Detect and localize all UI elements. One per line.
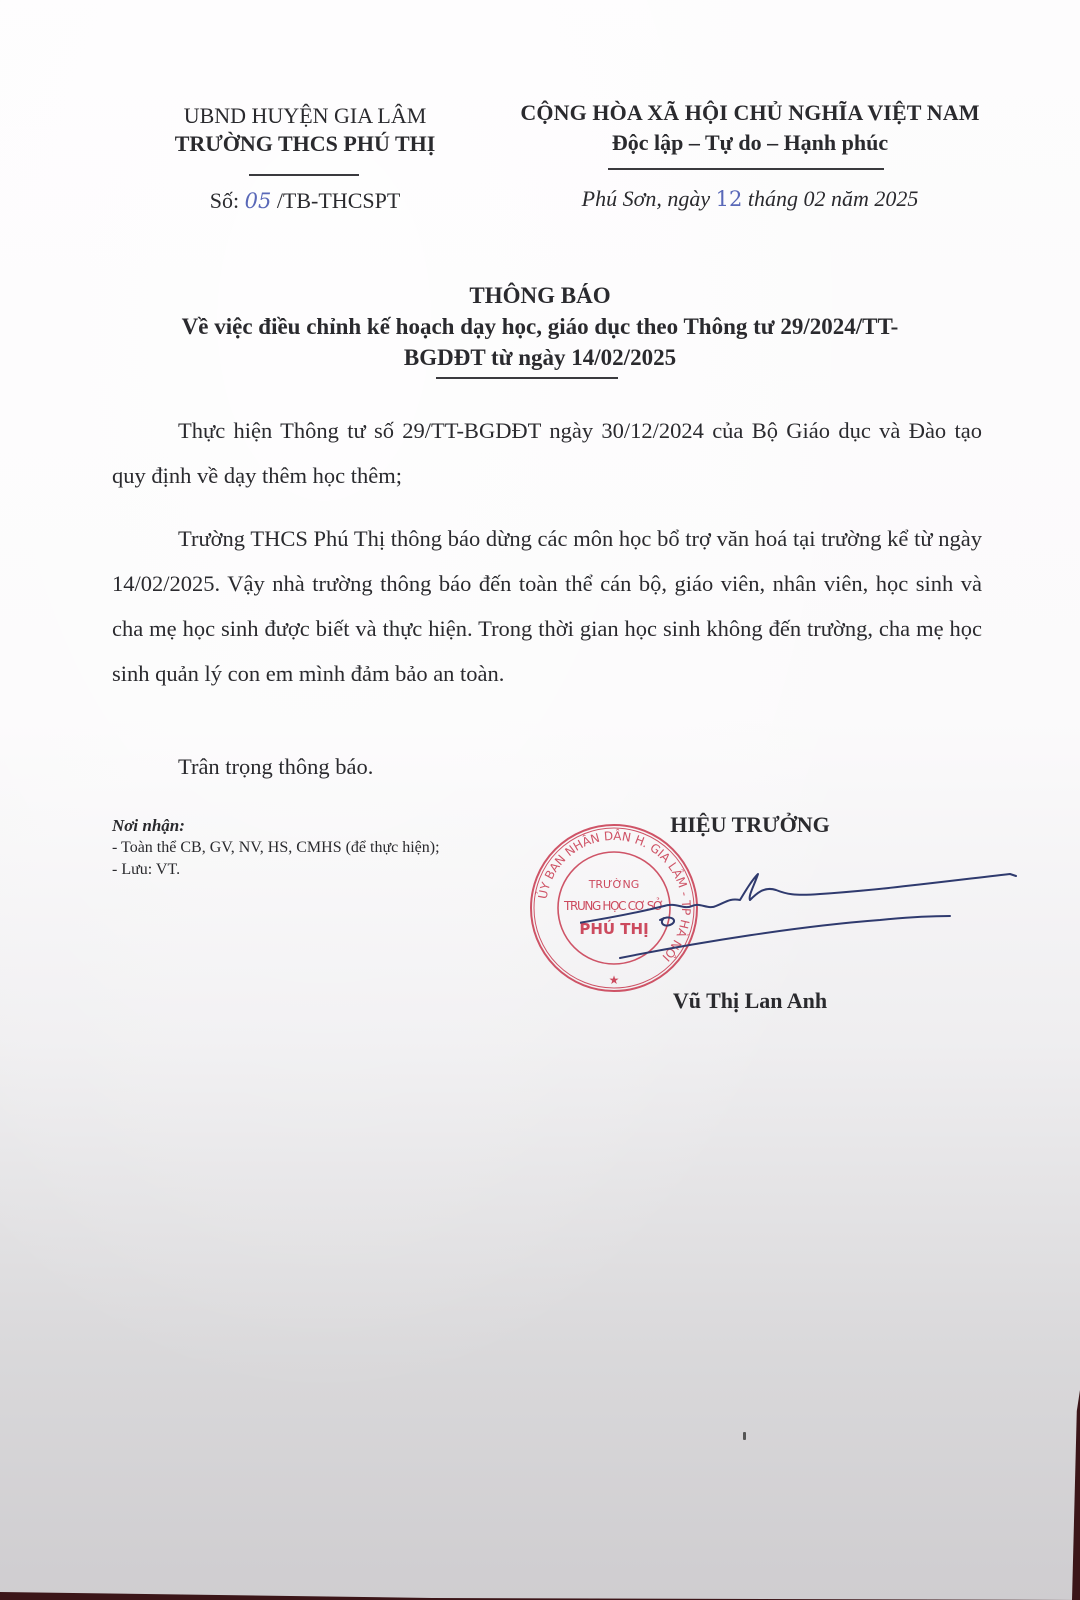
notice-title-block: THÔNG BÁO Về việc điều chỉnh kế hoạch dạ… xyxy=(110,280,970,373)
notice-subject-line-1: Về việc điều chỉnh kế hoạch dạy học, giá… xyxy=(110,311,970,342)
page-lighting xyxy=(0,0,1080,1600)
school-name: TRƯỜNG THCS PHÚ THỊ xyxy=(140,130,470,158)
closing-line: Trân trọng thông báo. xyxy=(112,744,982,789)
nation-name: CỘNG HÒA XÃ HỘI CHỦ NGHĨA VIỆT NAM xyxy=(490,98,1010,128)
signer-name: Vũ Thị Lan Anh xyxy=(600,988,900,1014)
document-number-handwritten: 05 xyxy=(245,189,272,213)
document-number: Số: 05 /TB-THCSPT xyxy=(140,188,470,214)
recipients-block: Nơi nhận: - Toàn thể CB, GV, NV, HS, CMH… xyxy=(112,815,532,881)
signature-scribble-icon xyxy=(580,860,1040,980)
national-header: CỘNG HÒA XÃ HỘI CHỦ NGHĨA VIỆT NAM Độc l… xyxy=(490,98,1010,158)
background-table-edge xyxy=(0,1590,1080,1600)
issuer-header: UBND HUYỆN GIA LÂM TRƯỜNG THCS PHÚ THỊ xyxy=(140,102,470,158)
date-suffix: tháng 02 năm 2025 xyxy=(742,186,918,211)
motto-underline xyxy=(608,168,884,170)
notice-subject-line-2: BGDĐT từ ngày 14/02/2025 xyxy=(110,342,970,373)
signer-title: HIỆU TRƯỞNG xyxy=(600,812,900,838)
notice-heading: THÔNG BÁO xyxy=(110,280,970,311)
authority-name: UBND HUYỆN GIA LÂM xyxy=(140,102,470,130)
body-paragraph-1: Thực hiện Thông tư số 29/TT-BGDĐT ngày 3… xyxy=(112,408,982,498)
date-day-handwritten: 12 xyxy=(716,187,743,211)
national-motto: Độc lập – Tự do – Hạnh phúc xyxy=(490,128,1010,158)
document-number-prefix: Số: xyxy=(210,188,245,213)
recipient-item: - Toàn thể CB, GV, NV, HS, CMHS (để thực… xyxy=(112,837,532,859)
place-date: Phú Sơn, ngày 12 tháng 02 năm 2025 xyxy=(490,186,1010,212)
recipient-item: - Lưu: VT. xyxy=(112,859,532,881)
date-prefix: Phú Sơn, ngày xyxy=(582,186,716,211)
document-number-suffix: /TB-THCSPT xyxy=(271,188,400,213)
recipients-heading: Nơi nhận: xyxy=(112,815,532,837)
background-right-edge xyxy=(1072,1390,1080,1600)
body-paragraph-2: Trường THCS Phú Thị thông báo dừng các m… xyxy=(112,516,982,696)
paper-speck xyxy=(743,1432,746,1440)
issuer-underline xyxy=(249,174,359,176)
title-underline xyxy=(436,377,618,379)
